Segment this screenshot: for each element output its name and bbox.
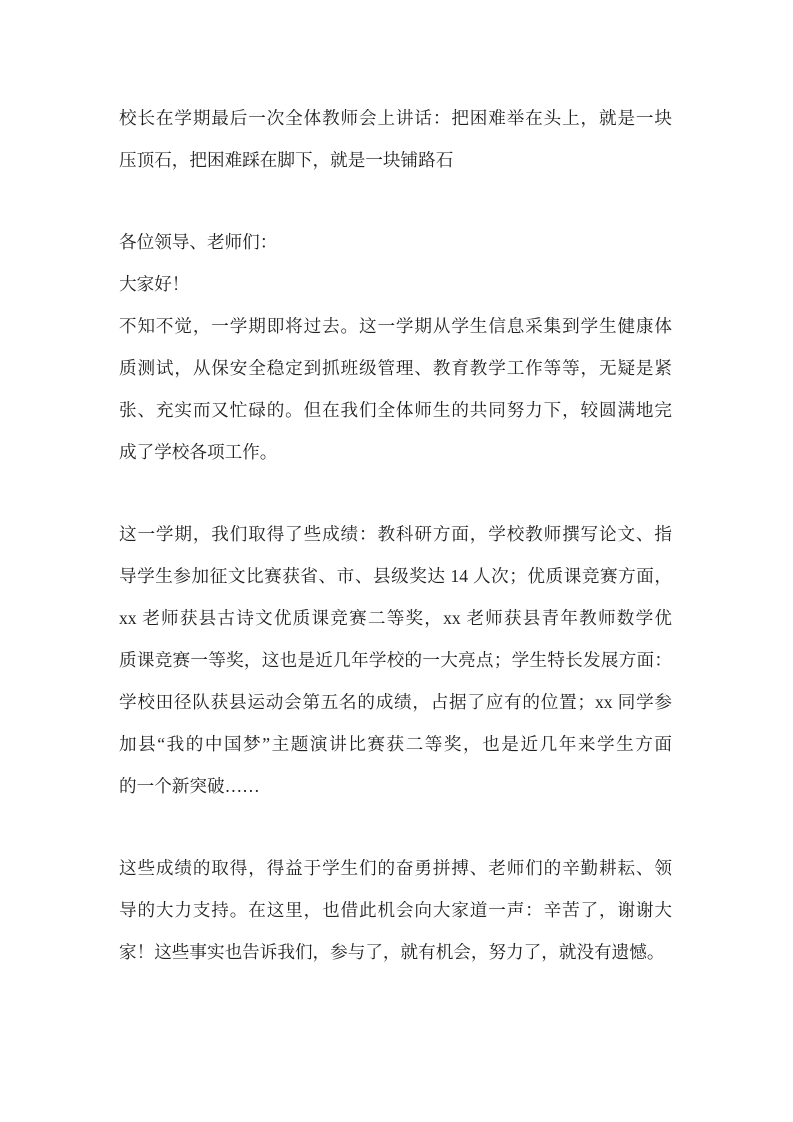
body-line: 质课竞赛一等奖，这也是近几年学校的一大亮点；学生特长发展方面： (119, 639, 672, 681)
body-line: 家！这些事实也告诉我们，参与了，就有机会，努力了，就没有遗憾。 (119, 931, 672, 973)
body-line: 这一学期，我们取得了些成绩：教科研方面，学校教师撰写论文、指 (119, 513, 672, 555)
salute-line: 大家好！ (119, 263, 672, 305)
paragraph: 这一学期，我们取得了些成绩：教科研方面，学校教师撰写论文、指 导学生参加征文比赛… (119, 513, 672, 807)
body-line: 质测试，从保安全稳定到抓班级管理、教育教学工作等等，无疑是紧 (119, 347, 672, 389)
document-page: 校长在学期最后一次全体教师会上讲话：把困难举在头上，就是一块 压顶石，把困难踩在… (0, 0, 793, 1122)
title-line: 压顶石，把困难踩在脚下，就是一块铺路石 (119, 139, 672, 181)
greeting-paragraph: 各位领导、老师们： (119, 221, 672, 263)
title-line: 校长在学期最后一次全体教师会上讲话：把困难举在头上，就是一块 (119, 97, 672, 139)
body-line: 导学生参加征文比赛获省、市、县级奖达 14 人次；优质课竞赛方面， (119, 555, 672, 597)
body-line: 学校田径队获县运动会第五名的成绩，占据了应有的位置；xx 同学参 (119, 681, 672, 723)
body-line: 的一个新突破…… (119, 765, 672, 807)
body-line: 导的大力支持。在这里，也借此机会向大家道一声：辛苦了，谢谢大 (119, 889, 672, 931)
body-line: 不知不觉，一学期即将过去。这一学期从学生信息采集到学生健康体 (119, 305, 672, 347)
paragraph: 这些成绩的取得，得益于学生们的奋勇拼搏、老师们的辛勤耕耘、领 导的大力支持。在这… (119, 847, 672, 973)
paragraph: 不知不觉，一学期即将过去。这一学期从学生信息采集到学生健康体 质测试，从保安全稳… (119, 305, 672, 473)
body-line: xx 老师获县古诗文优质课竞赛二等奖，xx 老师获县青年教师数学优 (119, 597, 672, 639)
body-line: 张、充实而又忙碌的。但在我们全体师生的共同努力下，较圆满地完 (119, 389, 672, 431)
document-title: 校长在学期最后一次全体教师会上讲话：把困难举在头上，就是一块 压顶石，把困难踩在… (119, 97, 672, 181)
salute-paragraph: 大家好！ (119, 263, 672, 305)
body-line: 加县“我的中国梦”主题演讲比赛获二等奖，也是近几年来学生方面 (119, 723, 672, 765)
body-line: 成了学校各项工作。 (119, 431, 672, 473)
greeting-line: 各位领导、老师们： (119, 221, 672, 263)
body-line: 这些成绩的取得，得益于学生们的奋勇拼搏、老师们的辛勤耕耘、领 (119, 847, 672, 889)
document-body: 校长在学期最后一次全体教师会上讲话：把困难举在头上，就是一块 压顶石，把困难踩在… (119, 97, 672, 973)
